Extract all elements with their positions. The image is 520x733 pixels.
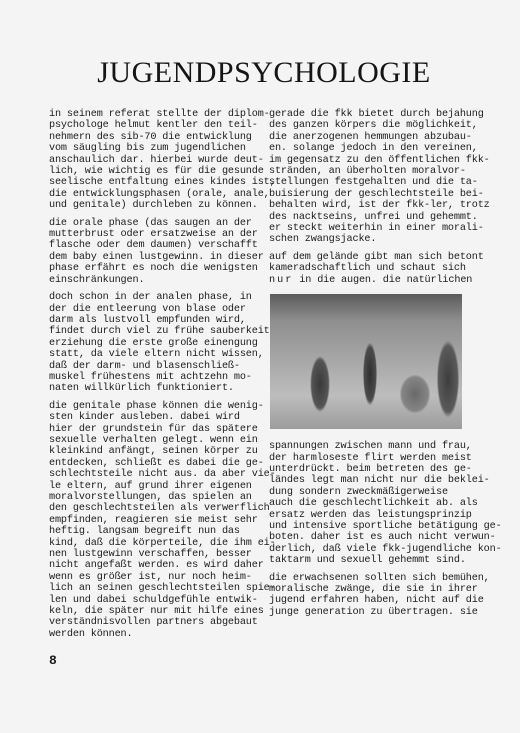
- text-fragment: in die augen. die natürlichen: [293, 275, 472, 286]
- text-line: und genitale) durchleben zu können.: [49, 200, 261, 211]
- text-line: verständnisvollen partners abgebaut: [49, 617, 261, 628]
- text-line: einschränkungen.: [49, 275, 261, 286]
- text-line: empfinden, reagieren sie meist sehr: [49, 515, 261, 526]
- text-line: sten kinder ausleben. dabei wird: [49, 412, 261, 423]
- paragraph-genital-phase: die genitale phase können die wenig- ste…: [49, 401, 261, 641]
- text-line: der harmloseste flirt werden meist: [269, 453, 493, 464]
- text-line: im gegensatz zu den öffentlichen fkk-: [269, 155, 493, 166]
- text-line: phase erfährt es noch die wenigsten: [49, 263, 261, 274]
- text-line: sexuelle verhalten gelegt. wenn ein: [49, 435, 261, 446]
- text-line: lich an seinen geschlechtsteilen spie-: [49, 583, 261, 594]
- text-line: die entwicklungsphasen (orale, anale,: [49, 189, 261, 200]
- text-line: stränden, an überholten moralvor-: [269, 166, 493, 177]
- text-line: behalten wird, ist der fkk-ler, trotz: [269, 200, 493, 211]
- paragraph-erwachsene: die erwachsenen sollten sich bemühen, mo…: [269, 573, 493, 619]
- text-line: auf dem gelände gibt man sich betont: [269, 252, 493, 263]
- text-line: gerade die fkk bietet durch bejahung: [269, 109, 493, 120]
- text-line: vom säugling bis zum jugendlichen: [49, 143, 261, 154]
- paragraph-gelaende: auf dem gelände gibt man sich betont kam…: [269, 252, 493, 286]
- text-line: den geschlechtsteilen als verwerflich: [49, 503, 261, 514]
- text-line: dem baby einen lustgewinn. in dieser: [49, 252, 261, 263]
- text-line: nicht angefaßt werden. es wird daher: [49, 560, 261, 571]
- text-line: doch schon in der analen phase, in: [49, 292, 261, 303]
- text-line: jugend erfahren haben, nicht auf die: [269, 595, 493, 606]
- text-line: moralische zwänge, die sie in ihrer: [269, 584, 493, 595]
- photo-children-at-shore: [270, 294, 462, 429]
- text-line: heftig. langsam begreift nun das: [49, 526, 261, 537]
- text-line: en. solange jedoch in den vereinen,: [269, 143, 493, 154]
- text-line: darm als lustvoll empfunden wird,: [49, 315, 261, 326]
- text-line: nen lustgewinn verschaffen, besser: [49, 549, 261, 560]
- text-line: schlechtsteile nicht aus. da aber vie-: [49, 469, 261, 480]
- text-line: des ganzen körpers die möglichkeit,: [269, 120, 493, 131]
- text-line: keln, die später nur mit hilfe eines: [49, 606, 261, 617]
- text-line: die genitale phase können die wenig-: [49, 401, 261, 412]
- text-line: nur in die augen. die natürlichen: [269, 275, 493, 286]
- text-line: kind, daß die körperteile, die ihm ei-: [49, 538, 261, 549]
- text-line: findet durch viel zu frühe sauberkeits-: [49, 326, 261, 337]
- text-line: des nacktseins, unfrei und gehemmt.: [269, 212, 493, 223]
- text-line: entdecken, schließt es dabei die ge-: [49, 458, 261, 469]
- text-line: moralvorstellungen, das spielen an: [49, 492, 261, 503]
- text-line: kameradschaftlich und schaut sich: [269, 263, 493, 274]
- text-line: le eltern, auf grund ihrer eigenen: [49, 481, 261, 492]
- text-line: psychologe helmut kentler den teil-: [49, 120, 261, 131]
- text-line: die anerzogenen hemmungen abzubau-: [269, 132, 493, 143]
- text-line: spannungen zwischen mann und frau,: [269, 441, 493, 452]
- paragraph-intro: in seinem referat stellte der diplom- ps…: [49, 109, 261, 212]
- text-line: er steckt weiterhin in einer morali-: [269, 223, 493, 234]
- text-line: in seinem referat stellte der diplom-: [49, 109, 261, 120]
- page-title: JUGENDPSYCHOLOGIE: [0, 53, 520, 93]
- text-line: unterdrückt. beim betreten des ge-: [269, 464, 493, 475]
- text-line: derlich, daß viele fkk-jugendliche kon-: [269, 544, 493, 555]
- text-line: mutterbrust oder ersatzweise an der: [49, 229, 261, 240]
- emphasized-word: nur: [269, 275, 293, 286]
- text-line: muskel frühestens mit achtzehn mo-: [49, 372, 261, 383]
- text-line: daß der darm- und blasenschließ-: [49, 361, 261, 372]
- text-line: dung sondern zweckmäßigerweise: [269, 487, 493, 498]
- text-line: erziehung die erste große einengung: [49, 338, 261, 349]
- text-line: buisierung der geschlechtsteile bei-: [269, 189, 493, 200]
- text-line: die orale phase (das saugen an der: [49, 218, 261, 229]
- text-line: nehmern des sib-70 die entwicklung: [49, 132, 261, 143]
- right-text-column: gerade die fkk bietet durch bejahung des…: [269, 109, 493, 624]
- text-line: taktarm und sexuell gehemmt sind.: [269, 555, 493, 566]
- page-number: 8: [49, 653, 57, 668]
- text-line: seelische entfaltung eines kindes ist,: [49, 177, 261, 188]
- paragraph-fkk: gerade die fkk bietet durch bejahung des…: [269, 109, 493, 246]
- text-line: wenn es größer ist, nur noch heim-: [49, 572, 261, 583]
- text-line: die erwachsenen sollten sich bemühen,: [269, 573, 493, 584]
- text-line: naten willkürlich funktioniert.: [49, 383, 261, 394]
- text-line: boten. daher ist es auch nicht verwun-: [269, 532, 493, 543]
- text-line: junge generation zu übertragen. sie: [269, 607, 493, 618]
- paragraph-anal-phase: doch schon in der analen phase, in der d…: [49, 292, 261, 395]
- text-line: werden können.: [49, 629, 261, 640]
- text-line: stellungen festgehalten und die ta-: [269, 177, 493, 188]
- paragraph-spannungen: spannungen zwischen mann und frau, der h…: [269, 441, 493, 566]
- text-line: ländes legt man nicht nur die beklei-: [269, 475, 493, 486]
- text-line: der die entleerung von blase oder: [49, 304, 261, 315]
- text-line: kleinkind anfängt, seinen körper zu: [49, 446, 261, 457]
- text-line: hier der grundstein für das spätere: [49, 424, 261, 435]
- left-text-column: in seinem referat stellte der diplom- ps…: [49, 109, 261, 646]
- text-line: flasche oder dem daumen) verschafft: [49, 240, 261, 251]
- paragraph-oral-phase: die orale phase (das saugen an der mutte…: [49, 218, 261, 286]
- text-line: len und dabei schuldgefühle entwik-: [49, 595, 261, 606]
- text-line: statt, da viele eltern nicht wissen,: [49, 349, 261, 360]
- text-line: ersatz werden das leistungsprinzip: [269, 510, 493, 521]
- text-line: schen zwangsjacke.: [269, 234, 493, 245]
- text-line: auch die geschlechtlichkeit ab. als: [269, 498, 493, 509]
- text-line: lich, wie wichtig es für die gesunde: [49, 166, 261, 177]
- text-line: anschaulich dar. hierbei wurde deut-: [49, 155, 261, 166]
- text-line: und intensive sportliche betätigung ge-: [269, 521, 493, 532]
